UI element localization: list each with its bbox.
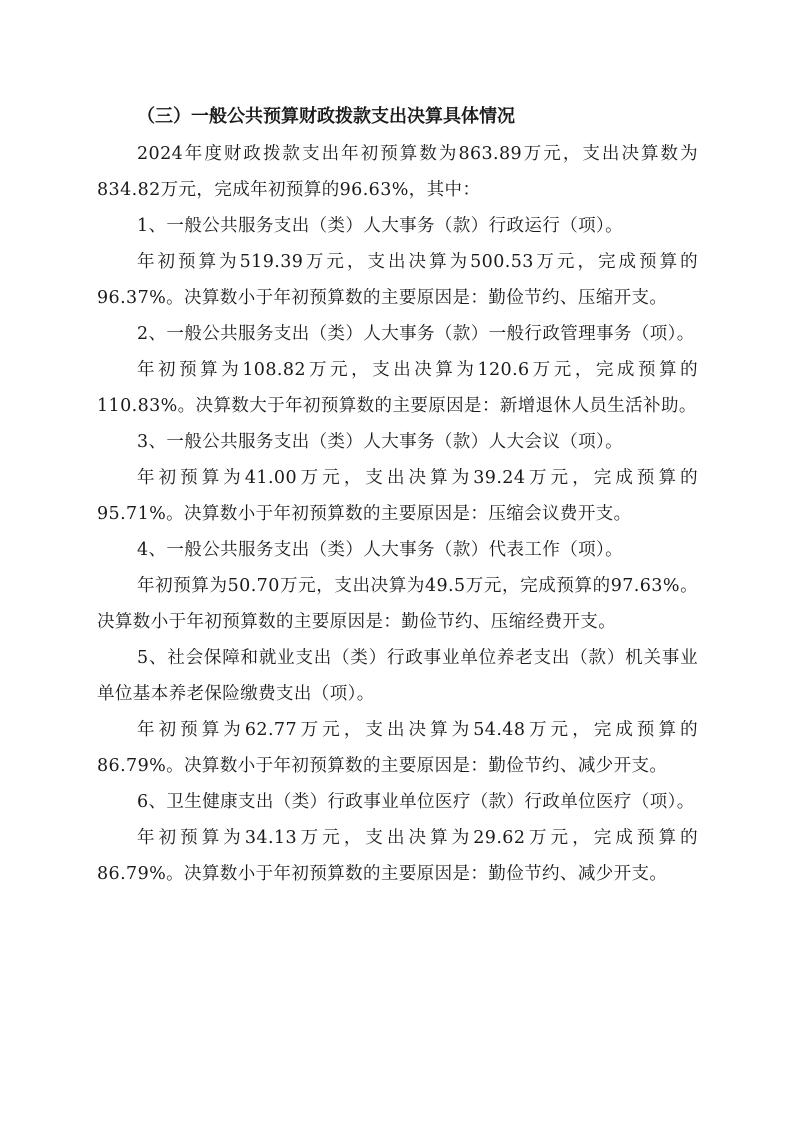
item-2-detail: 年初预算为108.82万元，支出决算为120.6万元，完成预算的110.83%。… <box>97 352 698 424</box>
item-3-detail: 年初预算为41.00万元，支出决算为39.24万元，完成预算的95.71%。决算… <box>97 460 698 532</box>
item-3-heading: 3、一般公共服务支出（类）人大事务（款）人大会议（项）。 <box>97 424 698 460</box>
item-2-heading: 2、一般公共服务支出（类）人大事务（款）一般行政管理事务（项）。 <box>97 316 698 352</box>
item-4-detail: 年初预算为50.70万元，支出决算为49.5万元，完成预算的97.63%。决算数… <box>97 568 698 640</box>
item-1-detail: 年初预算为519.39万元，支出决算为500.53万元，完成预算的96.37%。… <box>97 244 698 316</box>
item-5-heading: 5、社会保障和就业支出（类）行政事业单位养老支出（款）机关事业单位基本养老保险缴… <box>97 640 698 712</box>
item-6-detail: 年初预算为34.13万元，支出决算为29.62万元，完成预算的86.79%。决算… <box>97 820 698 892</box>
summary-paragraph: 2024年度财政拨款支出年初预算数为863.89万元，支出决算数为834.82万… <box>97 136 698 208</box>
section-title: （三）一般公共预算财政拨款支出决算具体情况 <box>97 100 698 134</box>
document-page: （三）一般公共预算财政拨款支出决算具体情况 2024年度财政拨款支出年初预算数为… <box>97 100 698 892</box>
item-4-heading: 4、一般公共服务支出（类）人大事务（款）代表工作（项）。 <box>97 532 698 568</box>
item-6-heading: 6、卫生健康支出（类）行政事业单位医疗（款）行政单位医疗（项）。 <box>97 784 698 820</box>
item-1-heading: 1、一般公共服务支出（类）人大事务（款）行政运行（项）。 <box>97 208 698 244</box>
item-5-detail: 年初预算为62.77万元，支出决算为54.48万元，完成预算的86.79%。决算… <box>97 712 698 784</box>
